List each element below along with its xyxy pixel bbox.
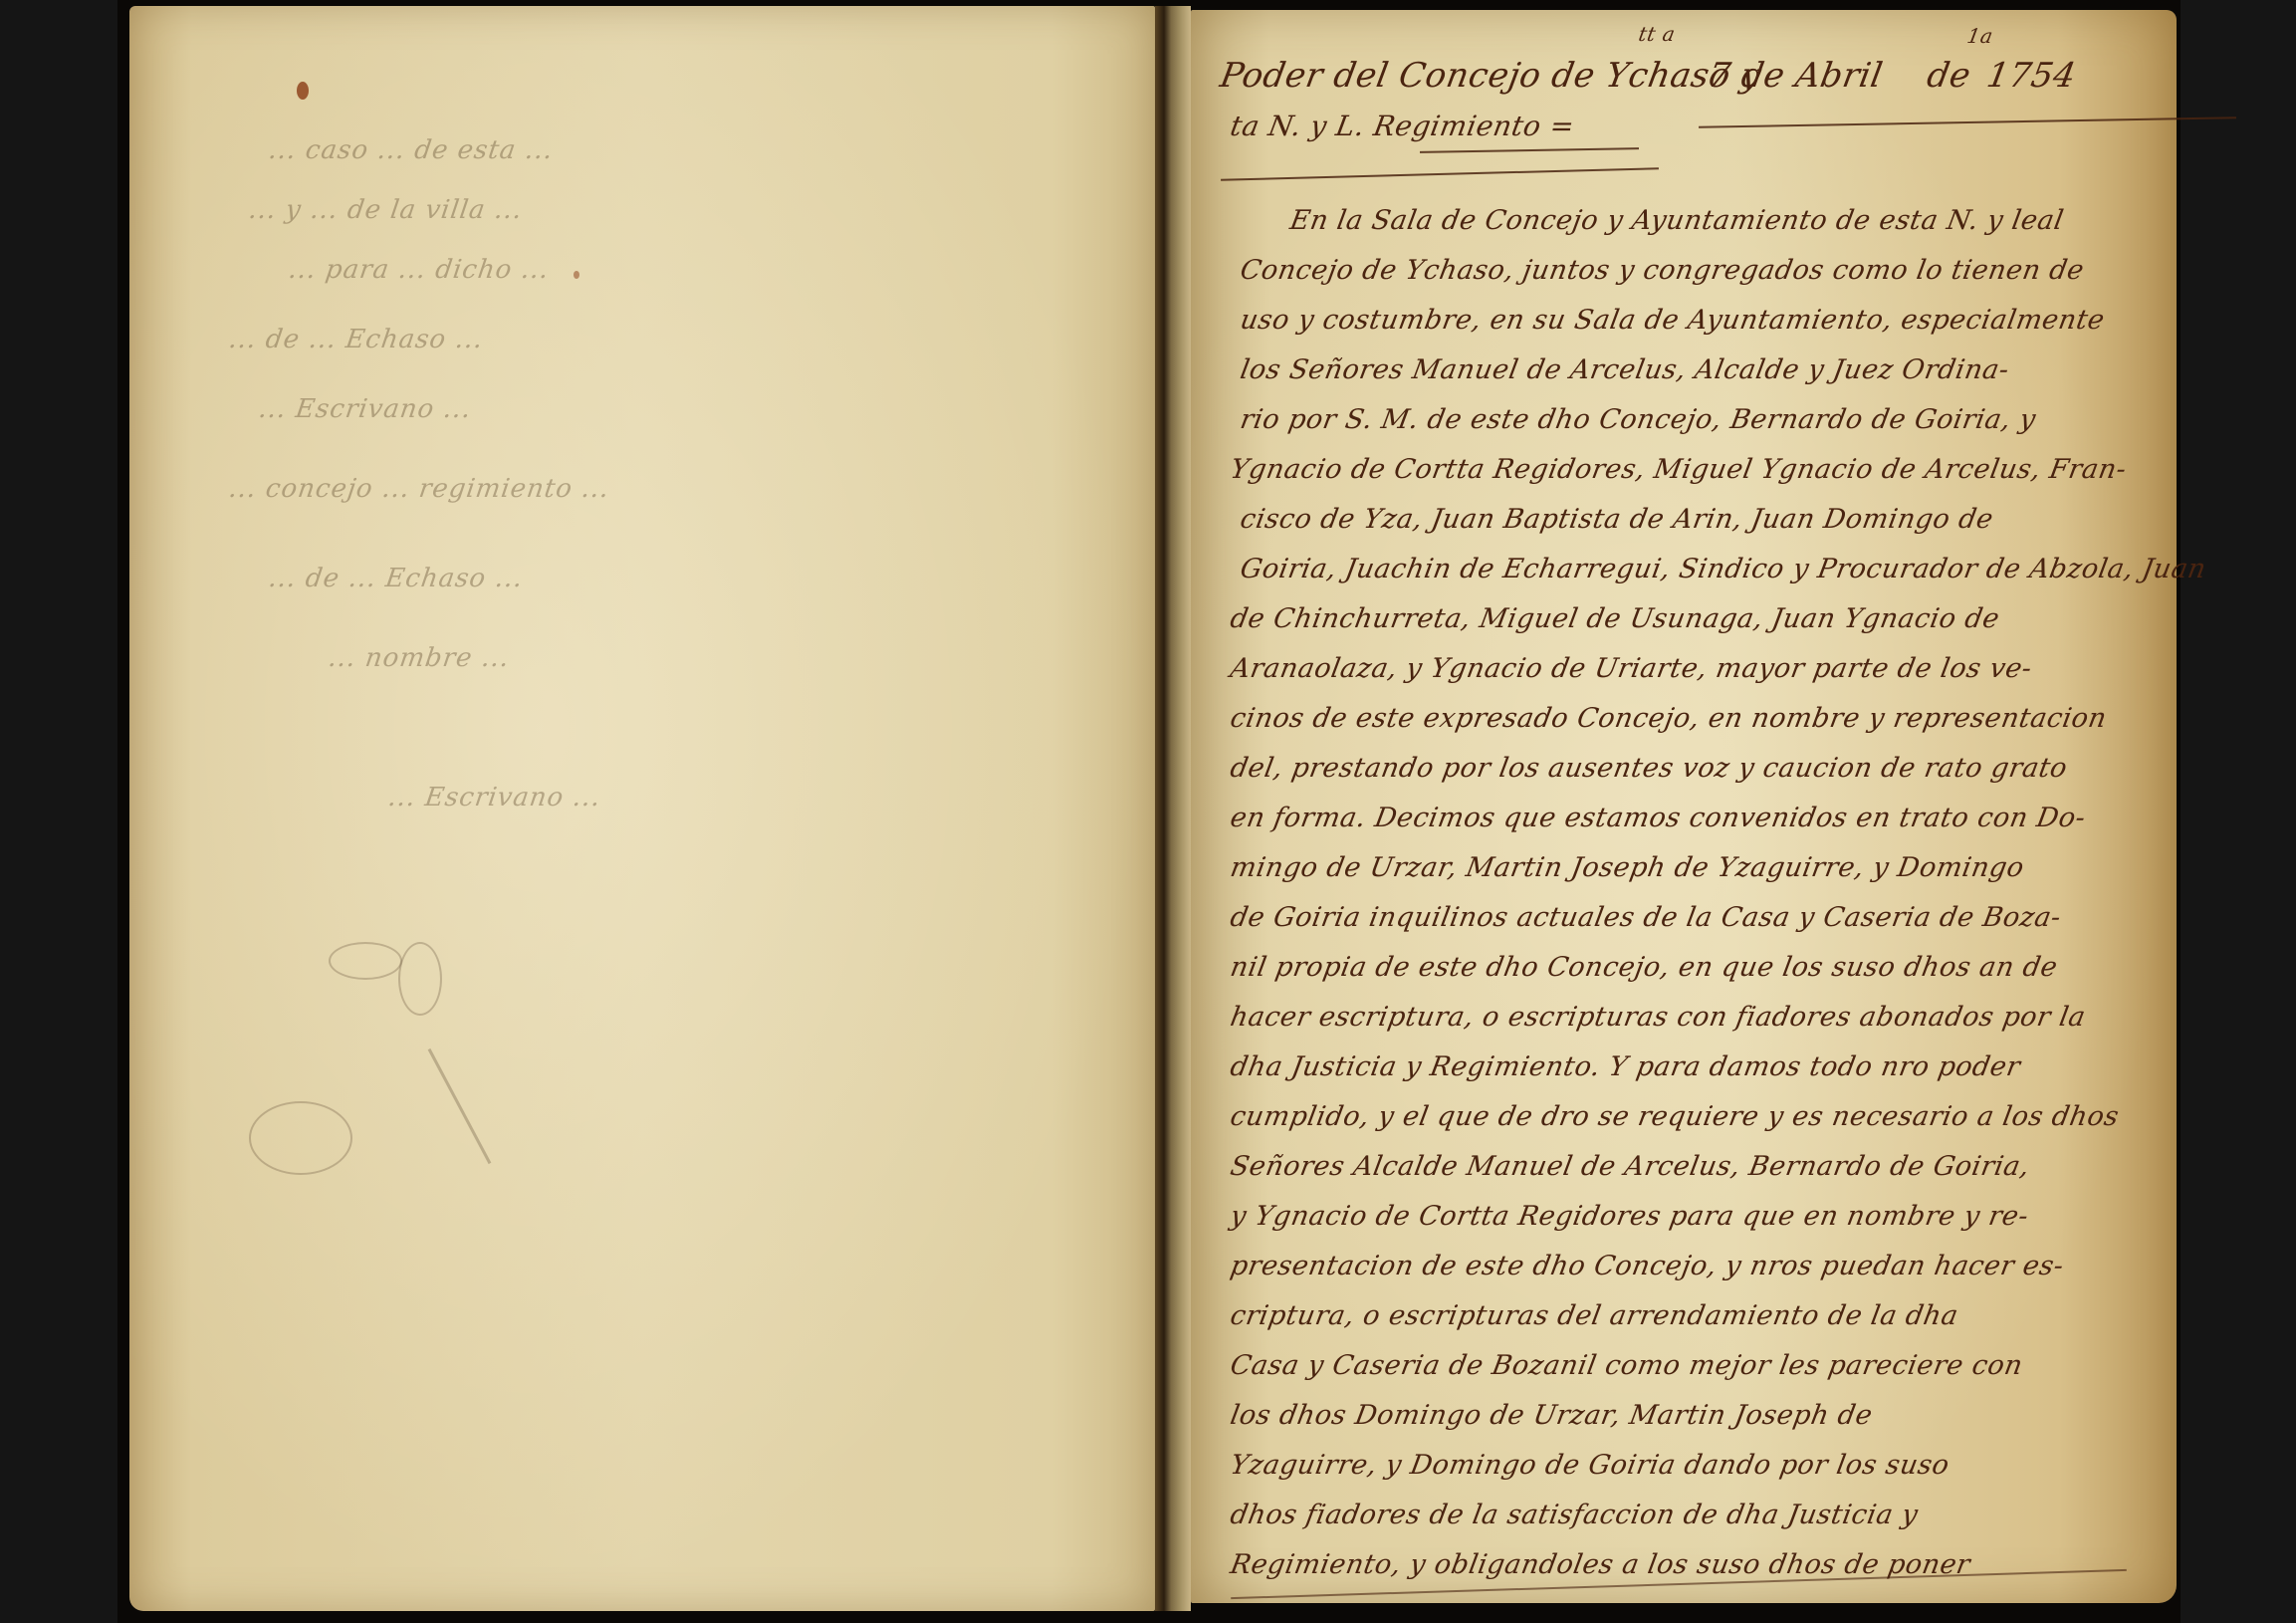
header-title: Poder del Concejo de Ychaso y bbox=[1217, 56, 1764, 96]
body-line: Casa y Caseria de Bozanil como mejor les… bbox=[1228, 1350, 2025, 1381]
bleed-through-flourish bbox=[398, 942, 442, 1016]
body-line: rio por S. M. de este dho Concejo, Berna… bbox=[1238, 404, 2038, 435]
body-line: Concejo de Ychaso, juntos y congregados … bbox=[1238, 255, 2086, 286]
body-line: los Señores Manuel de Arcelus, Alcalde y… bbox=[1238, 354, 2011, 385]
body-line: Ygnacio de Cortta Regidores, Miguel Ygna… bbox=[1228, 454, 2129, 485]
header-year-superscript: 1a bbox=[1965, 24, 1995, 48]
header-date: 7 de Abril bbox=[1705, 56, 1886, 96]
header-superscript: tt a bbox=[1637, 22, 1678, 46]
body-line: mingo de Urzar, Martin Joseph de Yzaguir… bbox=[1228, 852, 2026, 883]
body-line: y Ygnacio de Cortta Regidores para que e… bbox=[1228, 1201, 2031, 1232]
body-line: de Goiria inquilinos actuales de la Casa… bbox=[1228, 902, 2063, 933]
bleed-through-line: ... Escrivano ... bbox=[386, 783, 603, 812]
bleed-through-line: ... para ... dicho ... bbox=[287, 255, 552, 285]
body-line: cumplido, y el que de dro se requiere y … bbox=[1228, 1101, 2121, 1132]
bleed-through-flourish bbox=[329, 942, 402, 980]
header-underline bbox=[1221, 167, 1659, 181]
body-line: Regimiento, y obligandoles a los suso dh… bbox=[1228, 1549, 1972, 1580]
body-line: los dhos Domingo de Urzar, Martin Joseph… bbox=[1228, 1400, 1875, 1431]
body-line: criptura, o escripturas del arrendamient… bbox=[1228, 1300, 1960, 1331]
bleed-through-line: ... Escrivano ... bbox=[257, 394, 474, 424]
bleed-through-line: ... nombre ... bbox=[327, 643, 512, 673]
ink-stain bbox=[574, 271, 579, 279]
body-line: cisco de Yza, Juan Baptista de Arin, Jua… bbox=[1238, 504, 1995, 535]
body-line: hacer escriptura, o escripturas con fiad… bbox=[1228, 1002, 2088, 1033]
bleed-through-stroke bbox=[428, 1048, 492, 1164]
body-line: dhos fiadores de la satisfaccion de dha … bbox=[1228, 1500, 1921, 1530]
header-year-prefix: de bbox=[1924, 56, 1973, 96]
body-line: uso y costumbre, en su Sala de Ayuntamie… bbox=[1238, 305, 2107, 336]
left-page: ... caso ... de esta ... ... y ... de la… bbox=[129, 6, 1155, 1611]
body-line: Yzaguirre, y Domingo de Goiria dando por… bbox=[1228, 1450, 1952, 1481]
body-line: Señores Alcalde Manuel de Arcelus, Berna… bbox=[1228, 1151, 2032, 1182]
bleed-through-line: ... de ... Echaso ... bbox=[267, 564, 525, 593]
body-line: cinos de este expresado Concejo, en nomb… bbox=[1228, 703, 2109, 734]
header-subtitle: ta N. y L. Regimiento = bbox=[1228, 110, 1577, 142]
bleed-through-line: ... concejo ... regimiento ... bbox=[227, 474, 611, 504]
body-line: nil propia de este dho Concejo, en que l… bbox=[1228, 952, 2060, 983]
bleed-through-line: ... de ... Echaso ... bbox=[227, 325, 485, 354]
body-line: presentacion de este dho Concejo, y nros… bbox=[1228, 1251, 2066, 1281]
body-line: Goiria, Juachin de Echarregui, Sindico y… bbox=[1238, 554, 2208, 584]
date-underline bbox=[1699, 116, 2236, 127]
header-year: 1754 bbox=[1983, 56, 2079, 96]
body-line: de Chinchurreta, Miguel de Usunaga, Juan… bbox=[1228, 603, 2001, 634]
ink-stain bbox=[297, 82, 309, 100]
body-line: en forma. Decimos que estamos convenidos… bbox=[1228, 803, 2088, 833]
header-underline bbox=[1420, 147, 1639, 153]
right-page: Poder del Concejo de Ychaso y tt a 7 de … bbox=[1191, 10, 2177, 1603]
body-line: dha Justicia y Regimiento. Y para damos … bbox=[1228, 1051, 2022, 1082]
body-line: del, prestando por los ausentes voz y ca… bbox=[1228, 753, 2070, 784]
manuscript-scan: ... caso ... de esta ... ... y ... de la… bbox=[117, 0, 2181, 1623]
body-line: En la Sala de Concejo y Ayuntamiento de … bbox=[1287, 205, 2066, 236]
bleed-through-flourish bbox=[249, 1101, 352, 1175]
bleed-through-line: ... y ... de la villa ... bbox=[247, 195, 525, 225]
body-line: Aranaolaza, y Ygnacio de Uriarte, mayor … bbox=[1228, 653, 2034, 684]
book-gutter bbox=[1155, 6, 1191, 1611]
bleed-through-line: ... caso ... de esta ... bbox=[267, 135, 556, 165]
